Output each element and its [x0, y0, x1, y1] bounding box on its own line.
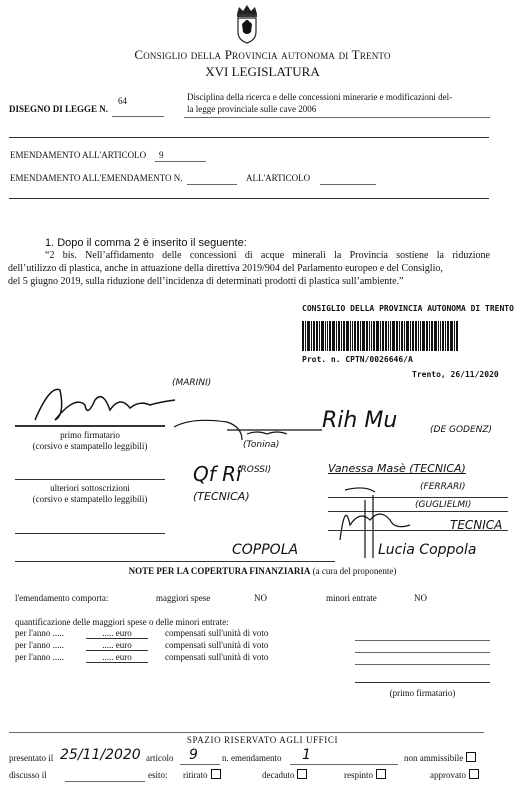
row-year[interactable]: per l'anno .....	[15, 628, 64, 638]
row-year[interactable]: per l'anno .....	[15, 640, 64, 650]
signature-ferrari: (FERRARI)	[420, 482, 465, 492]
first-signer-hint: (corsivo e stampatello leggibili)	[15, 441, 165, 451]
row-amount[interactable]: ..... euro	[86, 628, 148, 639]
not-admissible-label: non ammissibile	[404, 753, 463, 763]
others-label: ulteriori sottoscrizioni	[15, 483, 165, 493]
signature-tonina: (Tonina)	[243, 440, 279, 450]
first-signer-signature	[25, 380, 195, 430]
article-value[interactable]: 9	[189, 747, 198, 763]
financial-row: per l'anno .....	[15, 652, 64, 662]
amendment-article-value[interactable]: 9	[159, 150, 164, 160]
not-admissible: non ammissibile	[404, 752, 476, 763]
rejected-label: respinto	[344, 770, 373, 780]
outcome-label: esito:	[148, 770, 168, 780]
financial-title: NOTE PER LA COPERTURA FINANZIARIA (a cur…	[0, 566, 525, 576]
legislature: XVI LEGISLATURA	[0, 64, 525, 80]
financial-row: per l'anno .....	[15, 640, 64, 650]
body-paragraph-line1: “2 bis. Nell’affidamento delle concessio…	[45, 250, 490, 261]
body-paragraph-line2: dell’utilizzo di plastica, anche in attu…	[8, 263, 443, 274]
entails-label: l'emendamento comporta:	[15, 593, 108, 603]
approved-label: approvato	[430, 770, 466, 780]
amendment-no-label: n. emendamento	[222, 753, 281, 763]
body-intro: 1. Dopo il comma 2 è inserito il seguent…	[45, 237, 247, 249]
higher-costs-label: maggiori spese	[156, 593, 210, 603]
lapsed-label: decaduto	[262, 770, 294, 780]
amendment-article-label: EMENDAMENTO ALL'ARTICOLO	[10, 150, 146, 160]
row-year[interactable]: per l'anno .....	[15, 652, 64, 662]
financial-row: per l'anno .....	[15, 628, 64, 638]
lapsed-option: decaduto	[262, 769, 307, 780]
rejected-checkbox[interactable]	[376, 769, 386, 779]
office-divider	[9, 732, 484, 733]
signature-marini: (MARINI)	[172, 378, 211, 388]
protocol-number: Prot. n. CPTN/0026646/A	[302, 355, 413, 364]
withdrawn-checkbox[interactable]	[211, 769, 221, 779]
others-line	[15, 479, 165, 480]
signature-de-godenz: (DE GODENZ)	[430, 425, 492, 435]
to-article-field[interactable]	[320, 184, 376, 185]
approved-option: approvato	[430, 769, 479, 780]
amendment-no-value[interactable]: 1	[302, 747, 311, 763]
divider-1	[9, 137, 489, 138]
row-compensation: compensati sull'unità di voto	[165, 640, 268, 650]
signature-coppola-scribble: Lucia Coppola	[378, 542, 476, 558]
row-amount[interactable]: ..... euro	[86, 640, 148, 651]
lower-revenue-label: minori entrate	[326, 593, 377, 603]
bill-label: DISEGNO DI LEGGE N.	[9, 104, 108, 114]
presented-date[interactable]: 25/11/2020	[60, 747, 141, 763]
to-article-label: ALL'ARTICOLO	[246, 173, 310, 183]
divider-2	[9, 198, 489, 199]
amendment-of-amendment-field[interactable]	[187, 184, 237, 185]
council-name: Consiglio della Provincia autonoma di Tr…	[0, 47, 525, 63]
row-amount[interactable]: ..... euro	[86, 652, 148, 663]
signature-rossi: (ROSSI)	[237, 465, 271, 475]
signature-rossi-scribble: Qf Ri	[193, 462, 242, 486]
row-compensation: compensati sull'unità di voto	[165, 652, 268, 662]
signature-de-godenz-scribble: Rih Mu	[322, 408, 397, 433]
amendment-of-amendment-label: EMENDAMENTO ALL'EMENDAMENTO N.	[10, 173, 183, 183]
bill-number[interactable]: 64	[118, 96, 127, 106]
crest-of-trento-icon	[234, 2, 260, 44]
quantification-label: quantificazione delle maggiori spese o d…	[15, 617, 229, 627]
discussed-field[interactable]	[65, 781, 145, 782]
barcode	[302, 321, 459, 351]
financial-signer-line[interactable]	[355, 682, 490, 683]
financial-title-text: NOTE PER LA COPERTURA FINANZIARIA	[129, 566, 311, 576]
stamp-title: CONSIGLIO DELLA PROVINCIA AUTONOMA DI TR…	[302, 304, 514, 313]
article-label: articolo	[146, 753, 174, 763]
stamp-place-date: Trento, 26/11/2020	[412, 370, 499, 379]
article-line	[180, 764, 220, 765]
approved-checkbox[interactable]	[469, 769, 479, 779]
others-line-3	[15, 561, 335, 562]
financial-signer-caption: (primo firmatario)	[355, 688, 490, 698]
tecnica-line	[328, 530, 508, 531]
row-compensation: compensati sull'unità di voto	[165, 628, 268, 638]
lapsed-checkbox[interactable]	[297, 769, 307, 779]
body-paragraph-line3: del 5 giugno 2019, sulla riduzione dell’…	[8, 276, 403, 287]
others-hint: (corsivo e stampatello leggibili)	[15, 494, 165, 504]
lower-revenue-value[interactable]: NO	[414, 593, 427, 603]
bill-title-line	[184, 117, 490, 118]
amendment-no-line	[290, 764, 398, 765]
not-admissible-checkbox[interactable]	[466, 752, 476, 762]
office-title: SPAZIO RISERVATO AGLI UFFICI	[0, 735, 525, 745]
amendment-article-line	[155, 161, 206, 162]
first-signer-line	[15, 425, 165, 427]
withdrawn-label: ritirato	[183, 770, 208, 780]
presented-label: presentato il	[9, 753, 53, 763]
signature-tecnica-rossi: (TECNICA)	[193, 490, 250, 503]
tonina-signature	[172, 412, 322, 442]
bill-title-line1: Disciplina della ricerca e delle concess…	[187, 92, 452, 102]
higher-costs-value[interactable]: NO	[254, 593, 267, 603]
first-signer-label: primo firmatario	[15, 430, 165, 440]
others-line-2	[15, 533, 165, 534]
bill-number-line	[112, 116, 164, 117]
withdrawn-option: ritirato	[183, 769, 221, 780]
unit-line-2[interactable]	[355, 652, 490, 653]
discussed-label: discusso il	[9, 770, 47, 780]
unit-line-1[interactable]	[355, 640, 490, 641]
financial-title-note: (a cura del proponente)	[313, 566, 397, 576]
signature-coppola: COPPOLA	[232, 542, 298, 558]
signature-vanessa: Vanessa Masè (TECNICA)	[328, 462, 466, 475]
bill-title-line2: la legge provinciale sulle cave 2006	[187, 104, 316, 114]
unit-line-3[interactable]	[355, 664, 490, 665]
rejected-option: respinto	[344, 769, 386, 780]
